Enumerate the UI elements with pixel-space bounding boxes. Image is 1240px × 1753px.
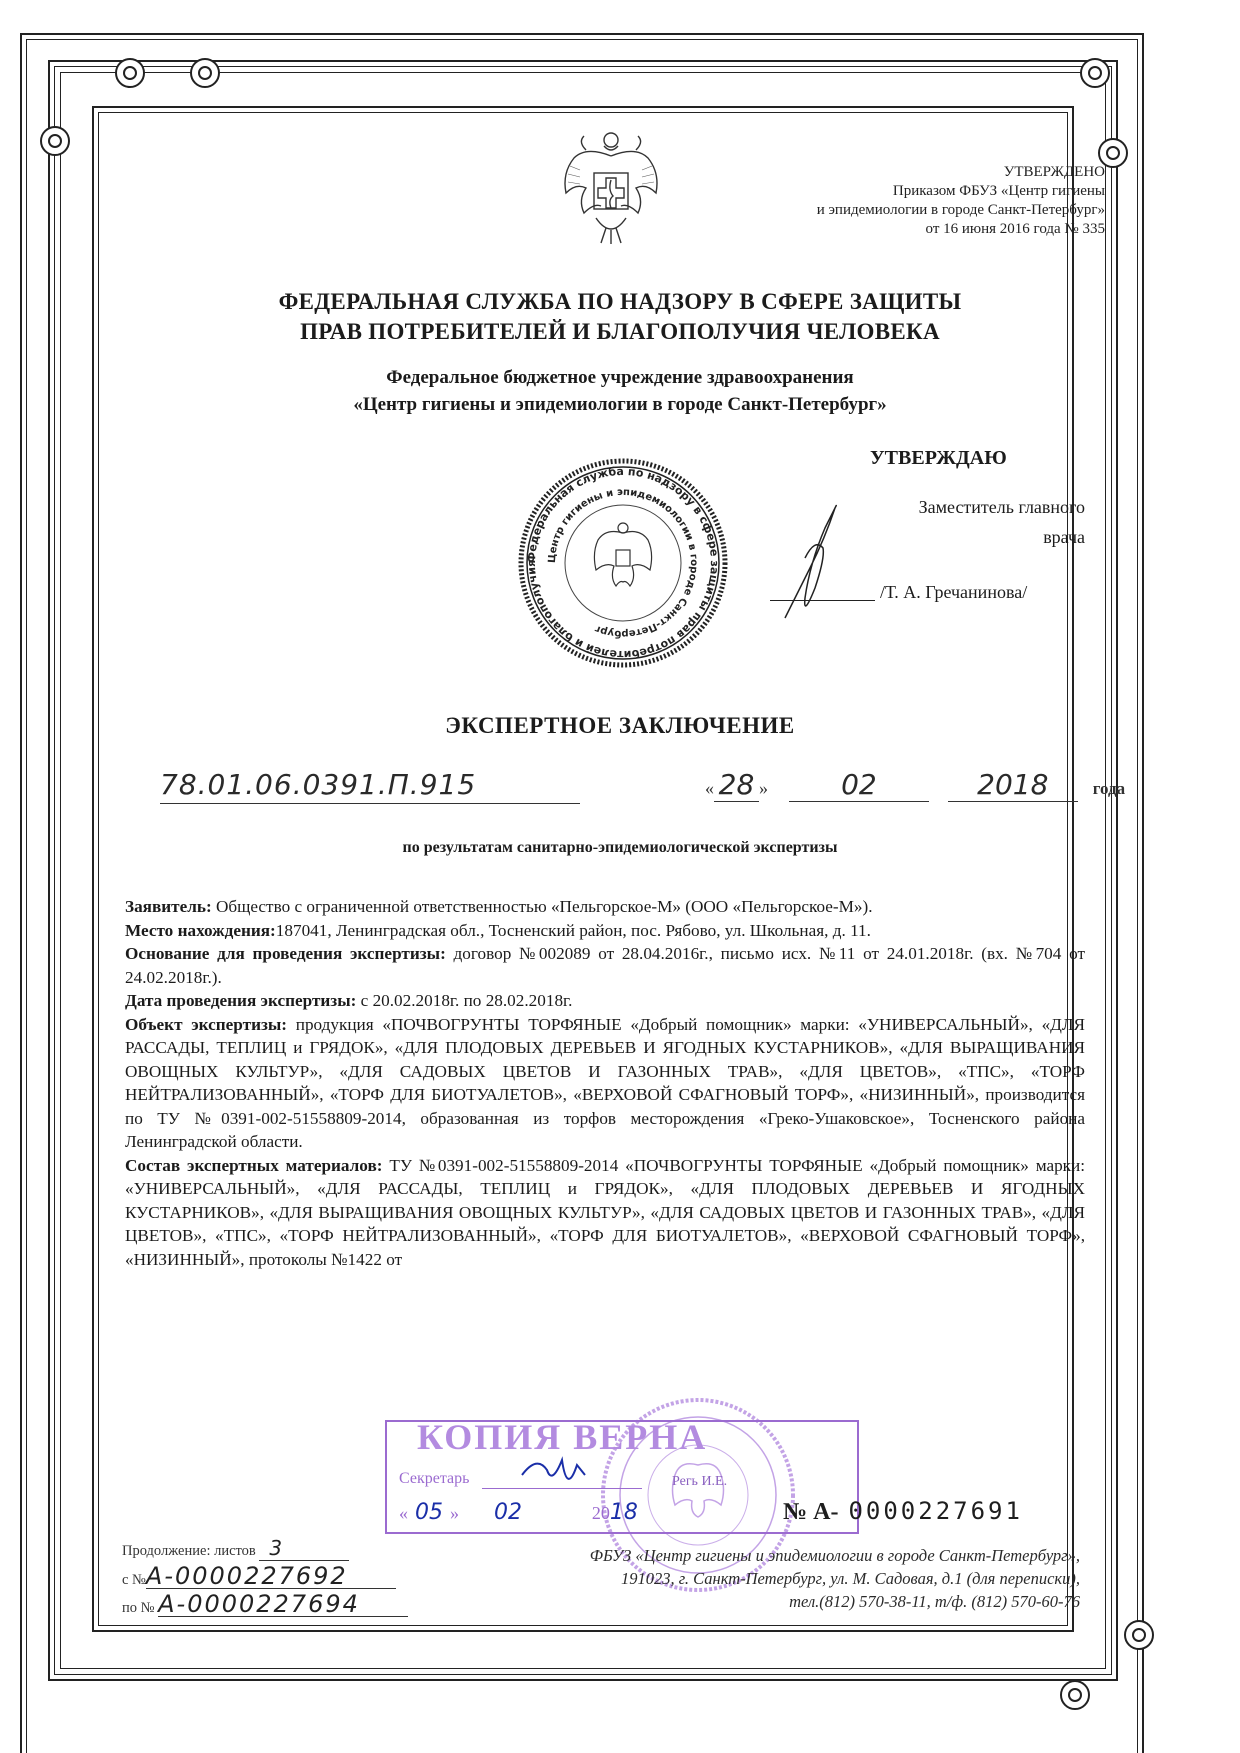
svg-text:Центр гигиены и эпидемиологии: Центр гигиены и эпидемиологии в городе С… [547, 487, 699, 640]
date-year: 2018 [948, 768, 1078, 802]
signer-position: Заместитель главного врача [919, 492, 1085, 552]
form-serial-number: № А-0000227691 [783, 1497, 1023, 1526]
document-body: Заявитель: Общество с ограниченной ответ… [125, 895, 1085, 1271]
date-day: 28 [714, 768, 759, 802]
field-applicant: Заявитель: Общество с ограниченной ответ… [125, 895, 1085, 919]
agency-name-line2: ПРАВ ПОТРЕБИТЕЛЕЙ И БЛАГОПОЛУЧИЯ ЧЕЛОВЕК… [0, 317, 1240, 347]
signer-position-line1: Заместитель главного [919, 492, 1085, 522]
field-label: Дата проведения экспертизы: [125, 991, 356, 1010]
date-open-quote: « [705, 778, 714, 799]
footer-line3: тел.(812) 570-38-11, т/ф. (812) 570-60-7… [590, 1590, 1080, 1613]
agency-name: ФЕДЕРАЛЬНАЯ СЛУЖБА ПО НАДЗОРУ В СФЕРЕ ЗА… [0, 287, 1240, 347]
form-serial-prefix: № А- [783, 1499, 838, 1525]
border-knot-icon [190, 58, 220, 88]
footer-line2: 191023, г. Санкт-Петербург, ул. М. Садов… [590, 1567, 1080, 1590]
field-value: продукция «ПОЧВОГРУНТЫ ТОРФЯНЫЕ «Добрый … [125, 1015, 1085, 1152]
approval-note-line: от 16 июня 2016 года № 335 [817, 220, 1105, 239]
approve-heading: УТВЕРЖДАЮ [870, 447, 1007, 470]
approval-note-line: и эпидемиологии в городе Санкт-Петербург… [817, 201, 1105, 220]
field-dates: Дата проведения экспертизы: с 20.02.2018… [125, 989, 1085, 1013]
signer-name: /Т. А. Гречанинова/ [880, 582, 1027, 603]
field-label: Основание для проведения экспертизы: [125, 944, 446, 963]
approval-note-line: УТВЕРЖДЕНО [817, 163, 1105, 182]
field-materials: Состав экспертных материалов: ТУ №0391-0… [125, 1154, 1085, 1272]
approval-note: УТВЕРЖДЕНО Приказом ФБУЗ «Центр гигиены … [817, 163, 1105, 239]
document-title: ЭКСПЕРТНОЕ ЗАКЛЮЧЕНИЕ [0, 713, 1240, 739]
field-object: Объект экспертизы: продукция «ПОЧВОГРУНТ… [125, 1013, 1085, 1154]
document-date: «28» 02 2018 года [705, 768, 1125, 802]
signature-icon [765, 498, 875, 628]
signature-line [770, 600, 875, 601]
field-basis: Основание для проведения экспертизы: дог… [125, 942, 1085, 989]
copy-date-day: 05 [415, 1500, 443, 1525]
border-knot-icon [1124, 1620, 1154, 1650]
field-value: 187041, Ленинградская обл., Тосненский р… [276, 921, 871, 940]
continuation-sheets-count: 3 [259, 1536, 349, 1561]
border-knot-icon [1080, 58, 1110, 88]
date-close-quote: » [759, 778, 768, 799]
agency-name-line1: ФЕДЕРАЛЬНАЯ СЛУЖБА ПО НАДЗОРУ В СФЕРЕ ЗА… [0, 287, 1240, 317]
institution-name-line1: Федеральное бюджетное учреждение здравоо… [0, 364, 1240, 391]
field-value: с 20.02.2018г. по 28.02.2018г. [356, 991, 572, 1010]
field-value: Общество с ограниченной ответственностью… [212, 897, 873, 916]
approval-note-line: Приказом ФБУЗ «Центр гигиены [817, 182, 1105, 201]
footer-address: ФБУЗ «Центр гигиены и эпидемиологии в го… [590, 1544, 1080, 1613]
institution-name-line2: «Центр гигиены и эпидемиологии в городе … [0, 391, 1240, 418]
double-headed-eagle-emblem-icon [556, 128, 666, 246]
copy-stamp-secretary-label: Секретарь [399, 1470, 469, 1488]
field-label: Объект экспертизы: [125, 1015, 287, 1034]
copy-stamp-date: « 05 » 02 2018 [399, 1500, 638, 1525]
continuation-from-label: с № [122, 1572, 146, 1588]
secretary-signature-icon [517, 1450, 587, 1500]
border-knot-icon [40, 126, 70, 156]
continuation-to: по № А-0000227694 [122, 1592, 408, 1620]
border-knot-icon [1060, 1680, 1090, 1710]
field-label: Место нахождения: [125, 921, 276, 940]
copy-stamp-name: Регь И.Е. [672, 1474, 727, 1490]
copy-date-close-quote: » [450, 1503, 459, 1523]
continuation-from: с №А-0000227692 [122, 1564, 408, 1592]
copy-date-year: 18 [610, 1500, 638, 1525]
date-suffix: года [1093, 779, 1125, 799]
continuation-sheets: Продолжение: листов 3 [122, 1536, 408, 1564]
field-location: Место нахождения:187041, Ленинградская о… [125, 919, 1085, 943]
continuation-from-number: А-0000227692 [146, 1564, 396, 1589]
continuation-block: Продолжение: листов 3 с №А-0000227692 по… [122, 1536, 408, 1620]
border-knot-icon [115, 58, 145, 88]
field-label: Заявитель: [125, 897, 212, 916]
copy-date-year-prefix: 20 [592, 1503, 610, 1523]
signer-position-line2: врача [919, 522, 1085, 552]
continuation-to-number: А-0000227694 [158, 1592, 408, 1617]
copy-date-open-quote: « [399, 1503, 408, 1523]
continuation-to-label: по № [122, 1600, 154, 1616]
institution-name: Федеральное бюджетное учреждение здравоо… [0, 364, 1240, 418]
copy-date-month: 02 [494, 1500, 522, 1525]
document-subtitle: по результатам санитарно-эпидемиологичес… [0, 839, 1240, 857]
document-number: 78.01.06.0391.П.915 [160, 768, 580, 804]
form-serial-value: 0000227691 [848, 1497, 1023, 1525]
round-official-seal-icon: Федеральная служба по надзору в сфере за… [518, 458, 728, 668]
continuation-sheets-label: Продолжение: листов [122, 1543, 256, 1559]
field-label: Состав экспертных материалов: [125, 1156, 382, 1175]
date-month: 02 [789, 768, 929, 802]
footer-line1: ФБУЗ «Центр гигиены и эпидемиологии в го… [590, 1544, 1080, 1567]
